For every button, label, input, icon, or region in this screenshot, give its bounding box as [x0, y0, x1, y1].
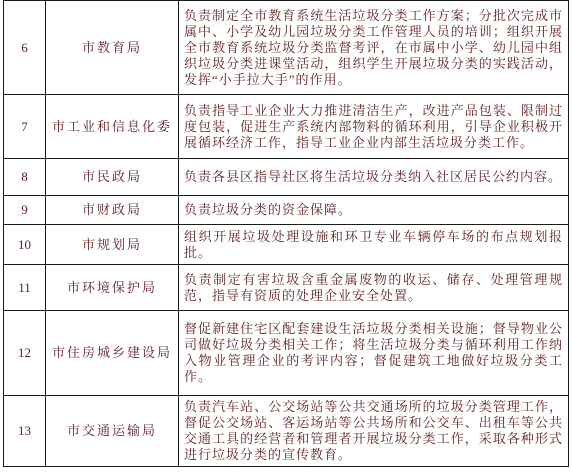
department-cell: 市民政局	[46, 159, 179, 196]
row-number-cell: 6	[4, 1, 46, 95]
duty-cell: 负责垃圾分类的资金保障。	[179, 196, 569, 225]
table-row: 10 市规划局 组织开展垃圾处理设施和环卫专业车辆停车场的布点规划报批。	[4, 225, 569, 265]
row-number-cell: 12	[4, 311, 46, 396]
table-row: 11 市环境保护局 负责制定有害垃圾含重金属废物的收运、储存、处理管理规范，指导…	[4, 265, 569, 311]
duty-cell: 负责汽车站、公交场站等公共交通场所的垃圾分类管理工作，督促公交场站、客运场站等公…	[179, 396, 569, 467]
table-row: 13 市交通运输局 负责汽车站、公交场站等公共交通场所的垃圾分类管理工作，督促公…	[4, 396, 569, 467]
department-cell: 市交通运输局	[46, 396, 179, 467]
row-number-cell: 7	[4, 95, 46, 159]
duty-cell: 负责制定全市教育系统生活垃圾分类工作方案；分批次完成市属中、小学及幼儿园垃圾分类…	[179, 1, 569, 95]
table-row: 8 市民政局 负责各县区指导社区将生活垃圾分类纳入社区居民公约内容。	[4, 159, 569, 196]
duty-cell: 组织开展垃圾处理设施和环卫专业车辆停车场的布点规划报批。	[179, 225, 569, 265]
row-number-cell: 9	[4, 196, 46, 225]
table-row: 12 市住房城乡建设局 督促新建住宅区配套建设生活垃圾分类相关设施；督导物业公司…	[4, 311, 569, 396]
department-cell: 市规划局	[46, 225, 179, 265]
duty-cell: 负责制定有害垃圾含重金属废物的收运、储存、处理管理规范，指导有资质的处理企业安全…	[179, 265, 569, 311]
document-page: 6 市教育局 负责制定全市教育系统生活垃圾分类工作方案；分批次完成市属中、小学及…	[0, 0, 572, 472]
department-cell: 市工业和信息化委	[46, 95, 179, 159]
duty-cell: 负责指导工业企业大力推进清洁生产，改进产品包装、限制过度包装，促进生产系统内部物…	[179, 95, 569, 159]
duty-cell: 负责各县区指导社区将生活垃圾分类纳入社区居民公约内容。	[179, 159, 569, 196]
department-cell: 市财政局	[46, 196, 179, 225]
department-cell: 市环境保护局	[46, 265, 179, 311]
department-cell: 市住房城乡建设局	[46, 311, 179, 396]
responsibilities-table: 6 市教育局 负责制定全市教育系统生活垃圾分类工作方案；分批次完成市属中、小学及…	[3, 0, 569, 467]
department-cell: 市教育局	[46, 1, 179, 95]
row-number-cell: 13	[4, 396, 46, 467]
row-number-cell: 11	[4, 265, 46, 311]
row-number-cell: 10	[4, 225, 46, 265]
table-row: 6 市教育局 负责制定全市教育系统生活垃圾分类工作方案；分批次完成市属中、小学及…	[4, 1, 569, 95]
table-row: 9 市财政局 负责垃圾分类的资金保障。	[4, 196, 569, 225]
row-number-cell: 8	[4, 159, 46, 196]
duty-cell: 督促新建住宅区配套建设生活垃圾分类相关设施；督导物业公司做好垃圾分类相关工作；将…	[179, 311, 569, 396]
table-row: 7 市工业和信息化委 负责指导工业企业大力推进清洁生产，改进产品包装、限制过度包…	[4, 95, 569, 159]
